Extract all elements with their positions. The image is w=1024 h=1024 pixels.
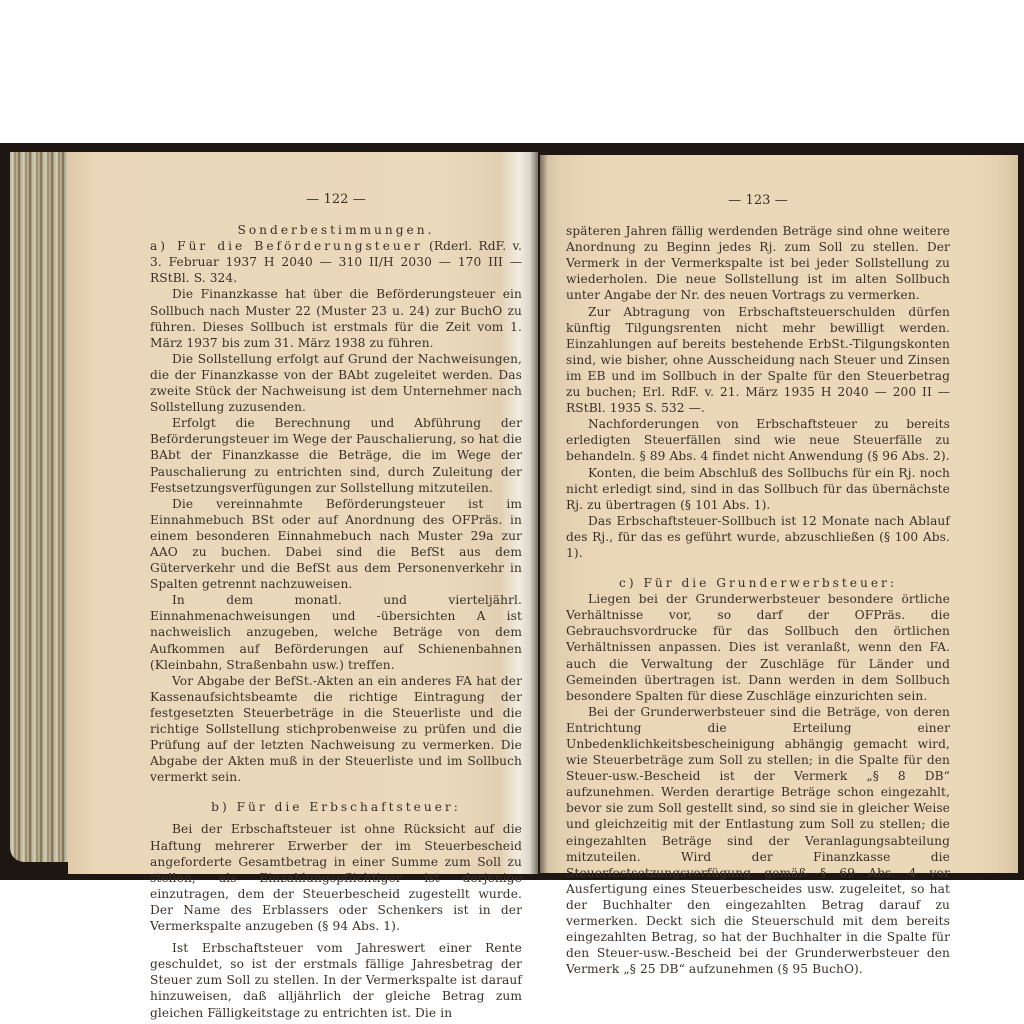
subsection-b-title: b) Für die Erbschaftsteuer: xyxy=(150,799,522,815)
right-page: — 123 — späteren Jahren fällig werdenden… xyxy=(540,155,1018,873)
paragraph: Konten, die beim Abschluß des Sollbuchs … xyxy=(566,465,950,513)
subsection-b-title-text: b) Für die Erbschaftsteuer: xyxy=(211,800,461,814)
paragraph: Ist Erbschaftsteuer vom Jahreswert einer… xyxy=(150,940,522,1020)
subsection-a-title: a) Für die Beförderungsteuer xyxy=(150,239,423,253)
subsection-a-heading: a) Für die Beförderungsteuer (Rderl. RdF… xyxy=(150,238,522,286)
left-page-text: — 122 — Sonderbestimmungen. a) Für die B… xyxy=(150,192,522,1021)
paragraph: Bei der Grunderwerbsteuer sind die Beträ… xyxy=(566,704,950,978)
paragraph: Die vereinnahmte Beförderungsteuer ist i… xyxy=(150,496,522,593)
paragraph: Erfolgt die Berechnung und Abführung der… xyxy=(150,415,522,495)
paragraph: Die Finanzkasse hat über die Beförderung… xyxy=(150,286,522,350)
book-gutter xyxy=(530,150,548,875)
paragraph: In dem monatl. und vierteljährl. Einnahm… xyxy=(150,592,522,672)
paragraph: Zur Abtragung von Erbschaftsteuerschulde… xyxy=(566,304,950,417)
section-title: Sonderbestimmungen. xyxy=(150,222,522,238)
paragraph: Nachforderungen von Erbschaftsteuer zu b… xyxy=(566,416,950,464)
paragraph: Vor Abgabe der BefSt.-Akten an ein ander… xyxy=(150,673,522,786)
spacer xyxy=(150,785,522,799)
page-number: — 123 — xyxy=(566,193,950,209)
subsection-c-title-text: c) Für die Grunderwerbsteuer: xyxy=(619,576,897,590)
book-page-edges xyxy=(10,152,70,862)
page-number: — 122 — xyxy=(150,192,522,208)
left-page: — 122 — Sonderbestimmungen. a) Für die B… xyxy=(68,152,538,874)
paragraph: Die Sollstellung erfolgt auf Grund der N… xyxy=(150,351,522,415)
paragraph: Das Erbschaftsteuer-Sollbuch ist 12 Mona… xyxy=(566,513,950,561)
paragraph: späteren Jahren fällig werdenden Beträge… xyxy=(566,223,950,303)
subsection-c-title: c) Für die Grunderwerbsteuer: xyxy=(566,575,950,591)
right-page-text: — 123 — späteren Jahren fällig werdenden… xyxy=(566,193,950,977)
spacer xyxy=(566,561,950,575)
paragraph: Liegen bei der Grunderwerbsteuer besonde… xyxy=(566,591,950,704)
paragraph: Bei der Erbschaftsteuer ist ohne Rücksic… xyxy=(150,821,522,934)
